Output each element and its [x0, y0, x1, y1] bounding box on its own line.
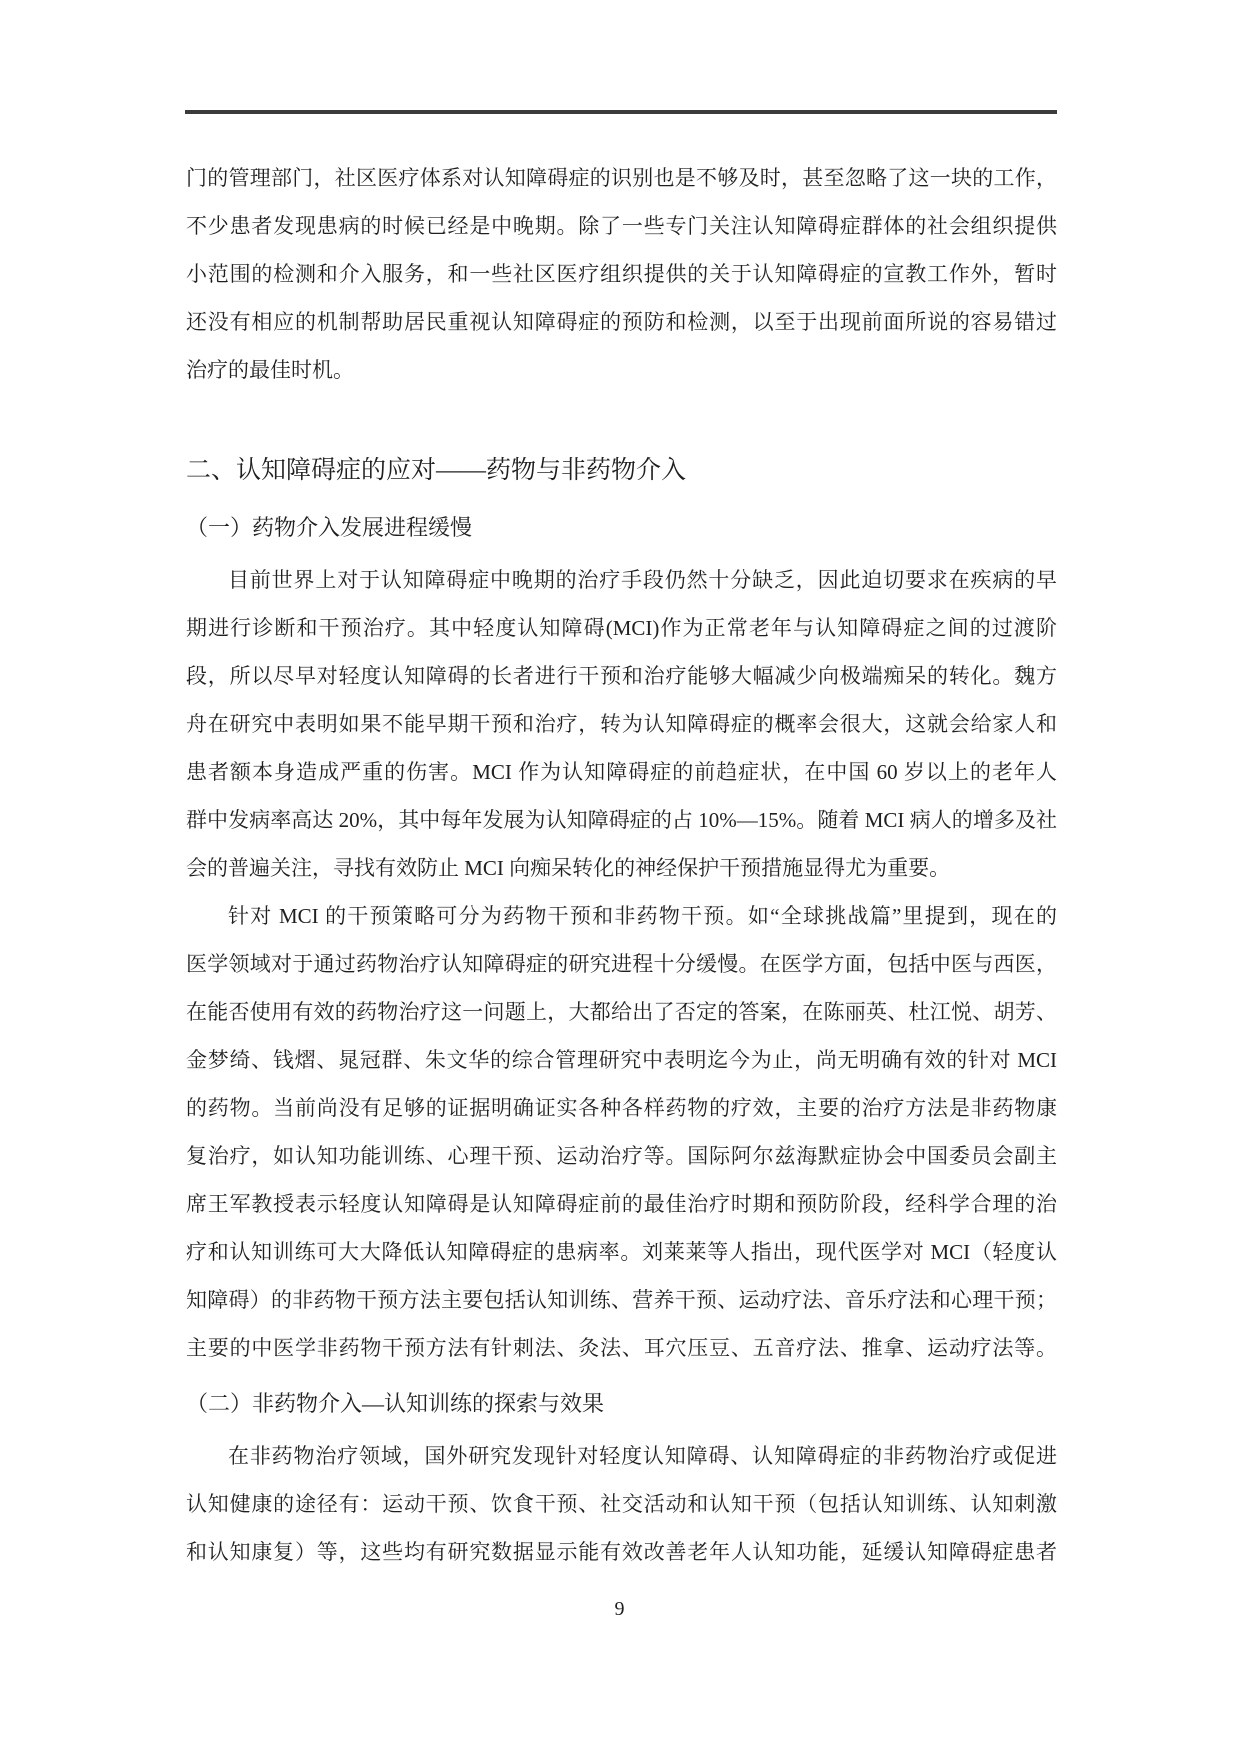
section-heading: 二、认知障碍症的应对——药物与非药物介入	[186, 446, 1057, 496]
document-page: 门的管理部门，社区医疗体系对认知障碍症的识别也是不够及时，甚至忽略了这一块的工作…	[0, 0, 1239, 1753]
text-line: 认知健康的途径有：运动干预、饮食干预、社交活动和认知干预（包括认知训练、认知刺激	[186, 1480, 1057, 1528]
text-line: 针对 MCI 的干预策略可分为药物干预和非药物干预。如“全球挑战篇”里提到，现在…	[186, 892, 1057, 940]
text-line: 医学领域对于通过药物治疗认知障碍症的研究进程十分缓慢。在医学方面，包括中医与西医…	[186, 940, 1057, 988]
text-line: 段，所以尽早对轻度认知障碍的长者进行干预和治疗能够大幅减少向极端痴呆的转化。魏方	[186, 652, 1057, 700]
paragraph: 针对 MCI 的干预策略可分为药物干预和非药物干预。如“全球挑战篇”里提到，现在…	[186, 892, 1057, 1372]
text-line: 在能否使用有效的药物治疗这一问题上，大都给出了否定的答案，在陈丽英、杜江悦、胡芳…	[186, 988, 1057, 1036]
text-line: 门的管理部门，社区医疗体系对认知障碍症的识别也是不够及时，甚至忽略了这一块的工作…	[186, 154, 1057, 202]
text-line: 知障碍）的非药物干预方法主要包括认知训练、营养干预、运动疗法、音乐疗法和心理干预…	[186, 1276, 1057, 1324]
text-line: 在非药物治疗领域，国外研究发现针对轻度认知障碍、认知障碍症的非药物治疗或促进	[186, 1432, 1057, 1480]
text-line: 舟在研究中表明如果不能早期干预和治疗，转为认知障碍症的概率会很大，这就会给家人和	[186, 700, 1057, 748]
text-line: 复治疗，如认知功能训练、心理干预、运动治疗等。国际阿尔兹海默症协会中国委员会副主	[186, 1132, 1057, 1180]
text-line: 期进行诊断和干预治疗。其中轻度认知障碍(MCI)作为正常老年与认知障碍症之间的过…	[186, 604, 1057, 652]
text-line: 不少患者发现患病的时候已经是中晚期。除了一些专门关注认知障碍症群体的社会组织提供	[186, 202, 1057, 250]
text-line: 疗和认知训练可大大降低认知障碍症的患病率。刘莱莱等人指出，现代医学对 MCI（轻…	[186, 1228, 1057, 1276]
page-footer: 9	[0, 1594, 1239, 1624]
text-line: 主要的中医学非药物干预方法有针刺法、灸法、耳穴压豆、五音疗法、推拿、运动疗法等。	[186, 1324, 1057, 1372]
text-line: 的药物。当前尚没有足够的证据明确证实各种各样药物的疗效，主要的治疗方法是非药物康	[186, 1084, 1057, 1132]
paragraph: 门的管理部门，社区医疗体系对认知障碍症的识别也是不够及时，甚至忽略了这一块的工作…	[186, 154, 1057, 394]
text-line: 会的普遍关注，寻找有效防止 MCI 向痴呆转化的神经保护干预措施显得尤为重要。	[186, 844, 1057, 892]
subsection-heading: （一）药物介入发展进程缓慢	[186, 504, 1057, 552]
document-content: 门的管理部门，社区医疗体系对认知障碍症的识别也是不够及时，甚至忽略了这一块的工作…	[186, 154, 1057, 1576]
text-line: 席王军教授表示轻度认知障碍是认知障碍症前的最佳治疗时期和预防阶段，经科学合理的治	[186, 1180, 1057, 1228]
text-line: 目前世界上对于认知障碍症中晚期的治疗手段仍然十分缺乏，因此迫切要求在疾病的早	[186, 556, 1057, 604]
text-line: 患者额本身造成严重的伤害。MCI 作为认知障碍症的前趋症状，在中国 60 岁以上…	[186, 748, 1057, 796]
text-line: 和认知康复）等，这些均有研究数据显示能有效改善老年人认知功能，延缓认知障碍症患者	[186, 1528, 1057, 1576]
subsection-heading: （二）非药物介入—认知训练的探索与效果	[186, 1380, 1057, 1428]
text-line: 群中发病率高达 20%，其中每年发展为认知障碍症的占 10%—15%。随着 MC…	[186, 796, 1057, 844]
paragraph: 目前世界上对于认知障碍症中晚期的治疗手段仍然十分缺乏，因此迫切要求在疾病的早期进…	[186, 556, 1057, 892]
text-line: 治疗的最佳时机。	[186, 346, 1057, 394]
text-line: 小范围的检测和介入服务，和一些社区医疗组织提供的关于认知障碍症的宣教工作外，暂时	[186, 250, 1057, 298]
page-number: 9	[615, 1598, 625, 1620]
paragraph: 在非药物治疗领域，国外研究发现针对轻度认知障碍、认知障碍症的非药物治疗或促进认知…	[186, 1432, 1057, 1576]
header-rule	[185, 110, 1057, 114]
text-line: 还没有相应的机制帮助居民重视认知障碍症的预防和检测，以至于出现前面所说的容易错过	[186, 298, 1057, 346]
text-line: 金梦绮、钱熠、晁冠群、朱文华的综合管理研究中表明迄今为止，尚无明确有效的针对 M…	[186, 1036, 1057, 1084]
